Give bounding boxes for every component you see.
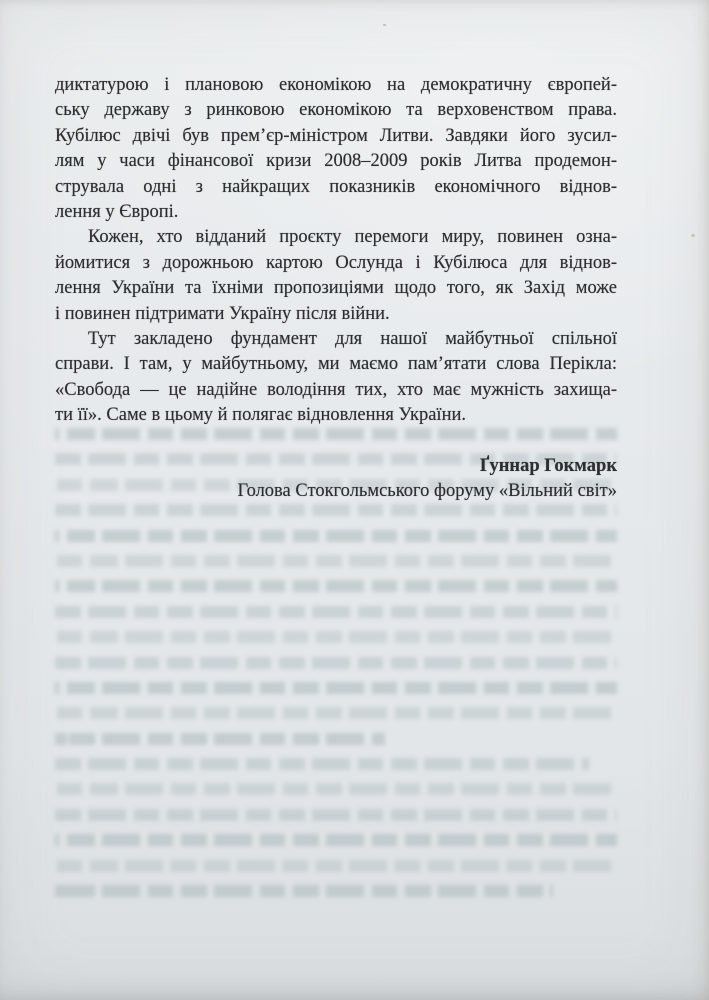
show-through-line xyxy=(55,580,617,592)
text-line: Тут закладено фундамент для нашої майбут… xyxy=(55,327,617,352)
text-line: лення України та їхніми пропозиціями щод… xyxy=(55,276,617,301)
show-through-line xyxy=(55,809,617,821)
signature-name: Ґуннар Гокмарк xyxy=(55,454,617,479)
text-line: справи. І там, у майбутньому, ми маємо п… xyxy=(55,352,617,377)
text-line: лям у часи фінансової кризи 2008–2009 ро… xyxy=(55,149,617,174)
signature-title: Голова Стокгольмського форуму «Вільний с… xyxy=(55,479,617,504)
paragraph: Кожен, хто відданий проєкту перемоги мир… xyxy=(55,225,617,327)
text-line: диктатурою і плановою економікою на демо… xyxy=(55,73,617,98)
show-through-line xyxy=(55,606,617,618)
paragraph: Тут закладено фундамент для нашої майбут… xyxy=(55,327,617,429)
body-text: диктатурою і плановою економікою на демо… xyxy=(55,73,617,505)
paper-speck xyxy=(383,24,386,26)
show-through-line xyxy=(55,860,617,872)
text-line: лення у Європі. xyxy=(55,200,617,225)
paragraph: диктатурою і плановою економікою на демо… xyxy=(55,73,617,225)
paper-speck xyxy=(691,234,695,237)
book-page-scan: диктатурою і плановою економікою на демо… xyxy=(0,0,709,1000)
text-line: Кожен, хто відданий проєкту перемоги мир… xyxy=(55,225,617,250)
text-line: Кубілюс двічі був прем’єр-міністром Литв… xyxy=(55,124,617,149)
show-through-line xyxy=(55,834,617,846)
show-through-line xyxy=(55,885,553,897)
show-through-line xyxy=(55,631,617,643)
text-line: йомитися з дорожньою картою Ослунда і Ку… xyxy=(55,251,617,276)
show-through-line xyxy=(55,758,589,770)
text-line: «Свобода — це надійне володіння тих, хто… xyxy=(55,378,617,403)
show-through-line xyxy=(55,707,617,719)
show-through-line xyxy=(55,555,617,567)
text-line: і повинен підтримати Україну після війни… xyxy=(55,302,617,327)
text-line: струвала одні з найкращих показників еко… xyxy=(55,175,617,200)
text-line: ти її». Саме в цьому й полягає відновлен… xyxy=(55,403,617,428)
signature-block: Ґуннар Гокмарк Голова Стокгольмського фо… xyxy=(55,454,617,505)
show-through-line xyxy=(55,657,617,669)
show-through-line xyxy=(55,530,617,542)
show-through-line xyxy=(55,504,617,516)
blank-line xyxy=(55,429,617,454)
show-through-line xyxy=(55,783,617,795)
text-line: ську державу з ринковою економікою та ве… xyxy=(55,98,617,123)
show-through-line xyxy=(55,733,385,745)
show-through-line xyxy=(55,682,617,694)
